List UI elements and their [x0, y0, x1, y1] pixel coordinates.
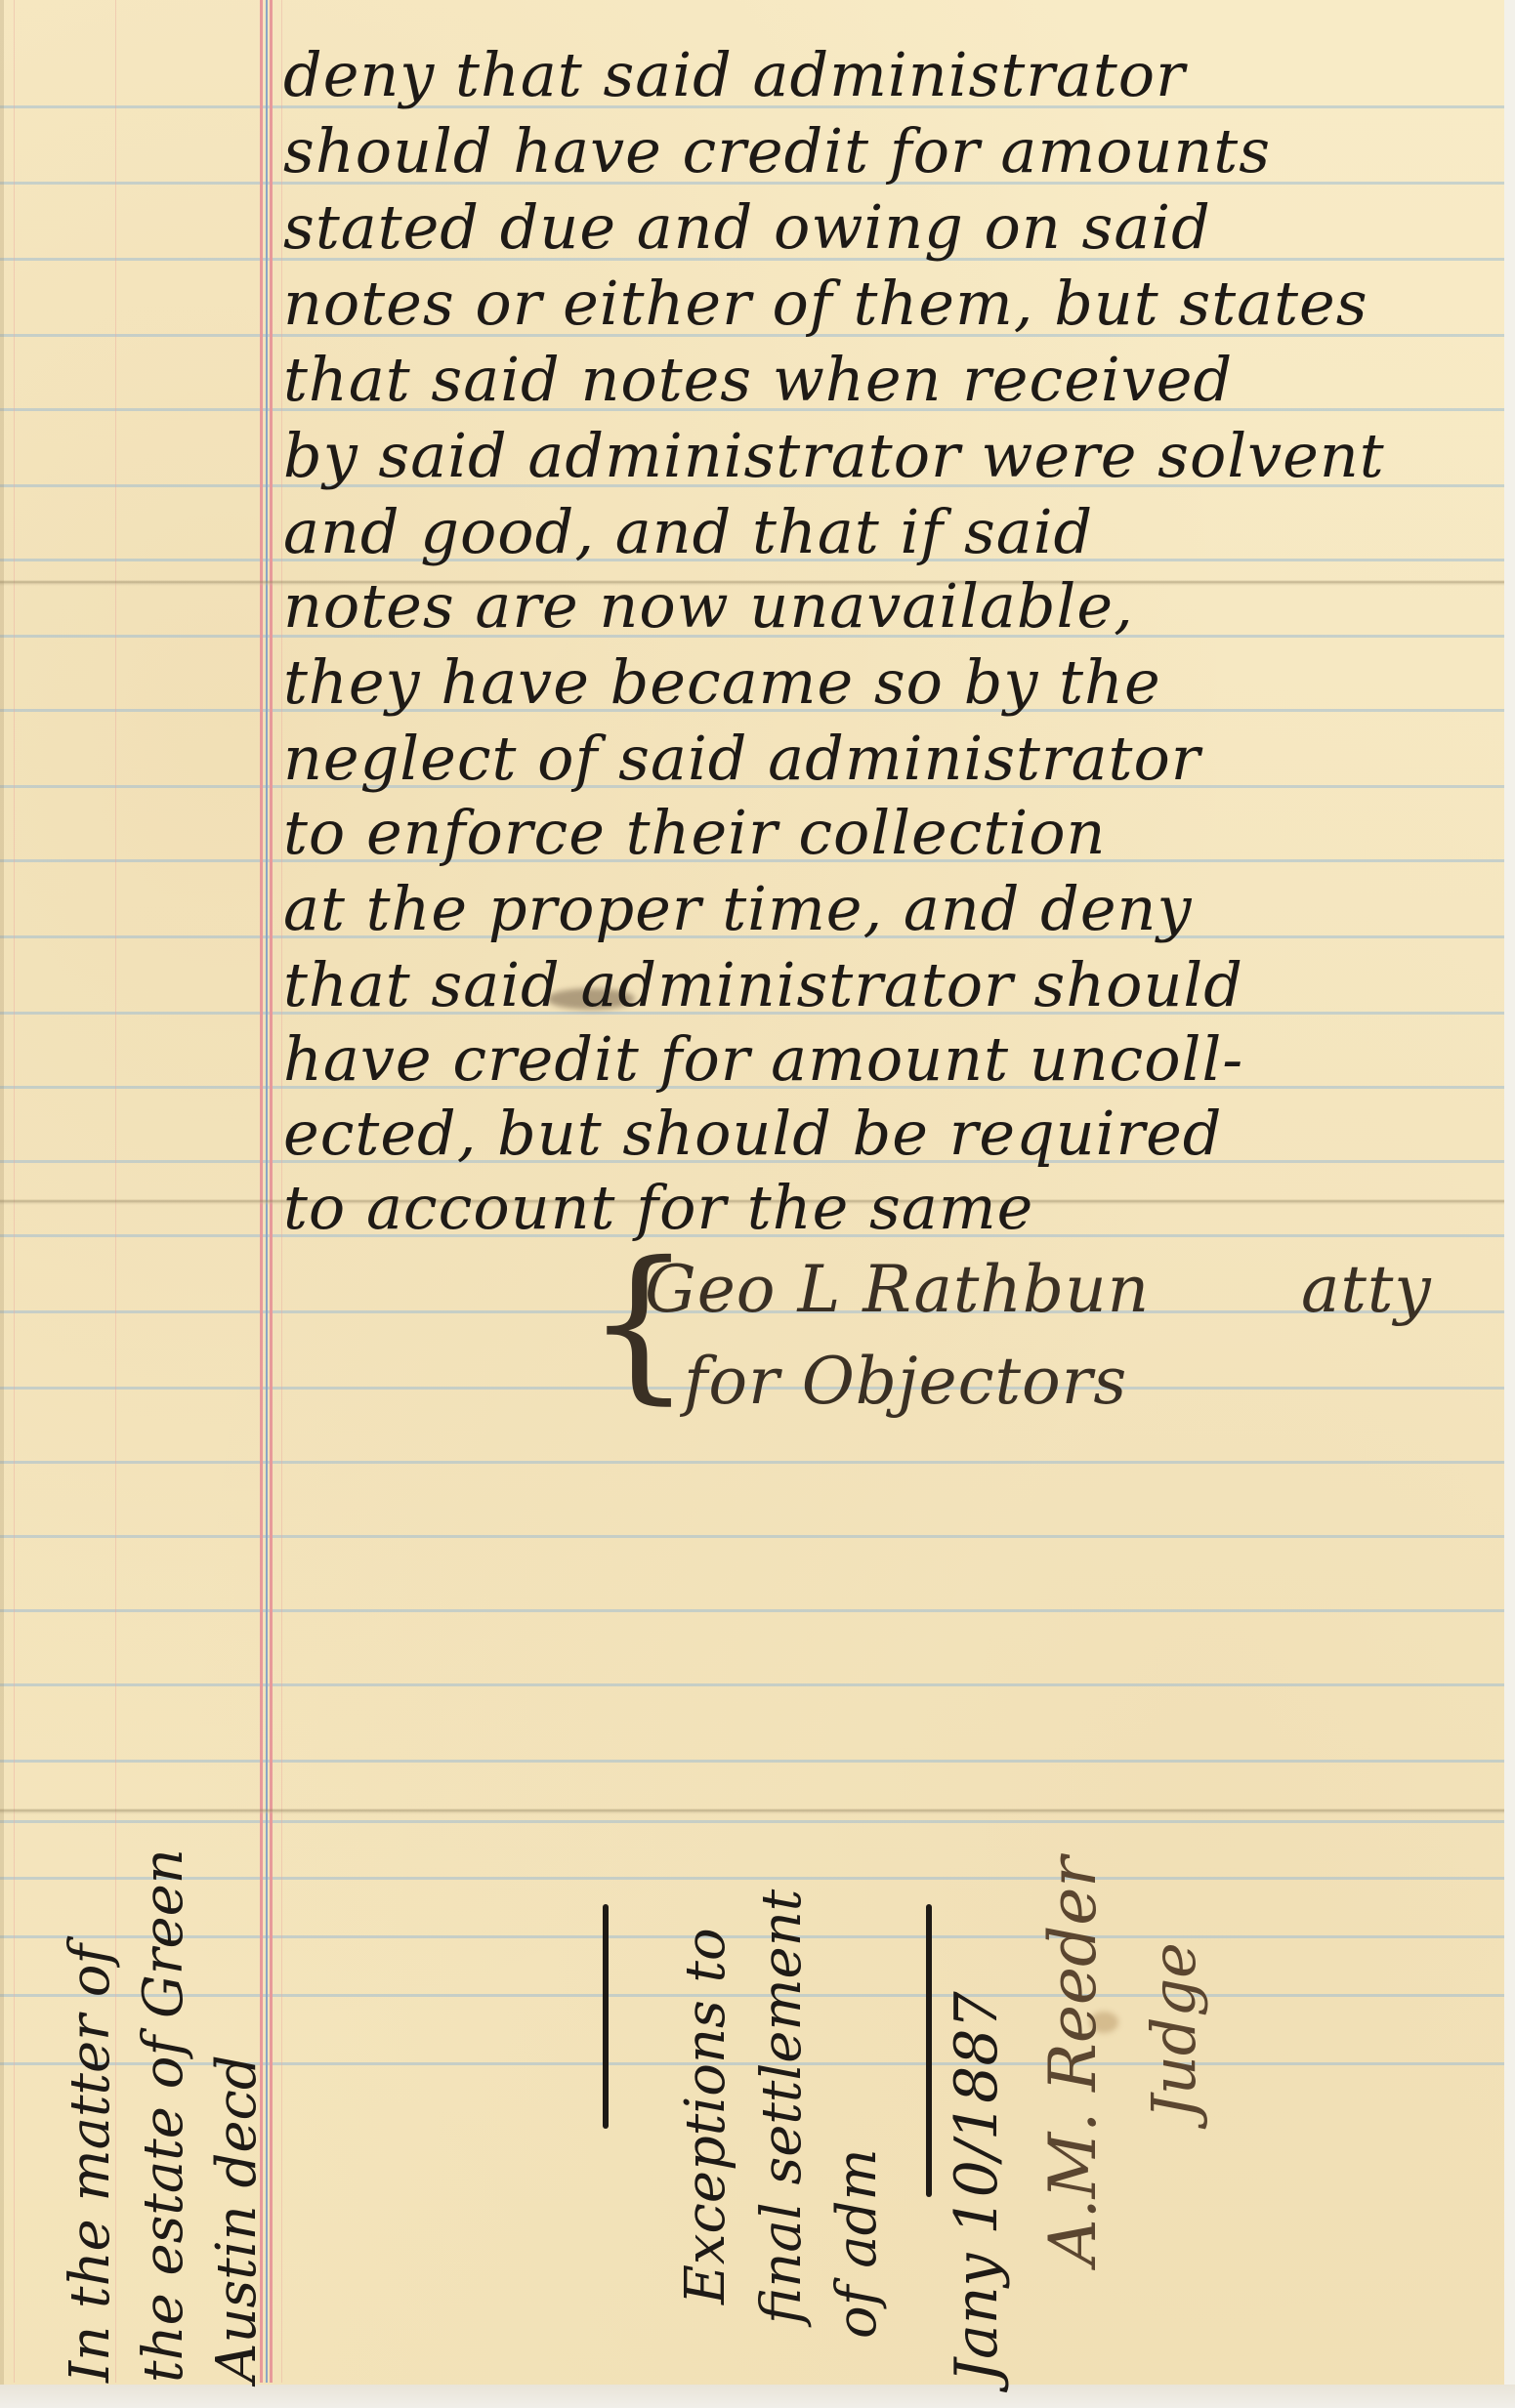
body-line: by said administrator were solvent — [283, 420, 1385, 491]
docket-brace — [926, 1904, 932, 2197]
ruled-line — [0, 1820, 1504, 1823]
attorney-signature: Geo L Rathbun — [645, 1252, 1150, 1327]
margin-blue-line — [266, 0, 268, 2383]
attorney-title: atty — [1301, 1252, 1432, 1327]
body-line: notes or either of them, but states — [283, 268, 1368, 339]
case-caption-line: the estate of Green — [132, 1848, 195, 2383]
judge-title: Judge — [1138, 1942, 1209, 2119]
margin-faint-line — [281, 0, 282, 2383]
paper-left-edge — [0, 0, 4, 2408]
body-line: deny that said administrator — [283, 39, 1186, 110]
ruled-line — [0, 1683, 1504, 1686]
ruled-line — [0, 1609, 1504, 1612]
filed-date: Jany 10/1887 — [943, 1991, 1011, 2383]
fold-crease — [0, 1808, 1504, 1814]
left-margin-faint-line — [14, 0, 15, 2383]
judge-signature: A.M. Reeder — [1035, 1856, 1111, 2265]
body-line: have credit for amount uncoll- — [283, 1023, 1243, 1095]
body-line: notes are now unavailable, — [283, 570, 1134, 642]
document-title-line: of adm — [825, 2148, 889, 2339]
signature-role: for Objectors — [684, 1344, 1127, 1419]
ruled-line — [0, 1461, 1504, 1464]
docket-brace — [603, 1904, 609, 2129]
paper-right-edge — [1504, 0, 1515, 2408]
paper-bottom-edge — [0, 2385, 1515, 2408]
case-caption-line: Austin decd — [205, 2055, 269, 2383]
body-line: at the proper time, and deny — [283, 873, 1192, 944]
body-line: stated due and owing on said — [283, 191, 1211, 263]
body-line: and good, and that if said — [283, 496, 1093, 567]
ruled-line — [0, 1760, 1504, 1763]
margin-red-line — [260, 0, 263, 2383]
body-line: should have credit for amounts — [283, 115, 1271, 187]
body-line: they have became so by the — [283, 646, 1161, 718]
ruled-line — [0, 1877, 1504, 1880]
body-line: to enforce their collection — [283, 797, 1106, 868]
document-page: deny that said administrator should have… — [0, 0, 1515, 2408]
document-title-line: final settlement — [750, 1889, 814, 2324]
margin-red-line — [270, 0, 273, 2383]
body-line: ected, but should be required — [283, 1098, 1222, 1169]
body-line: that said notes when received — [283, 344, 1233, 415]
document-title-line: Exceptions to — [674, 1928, 737, 2304]
body-line: neglect of said administrator — [283, 723, 1200, 794]
case-caption-line: In the matter of — [59, 1944, 122, 2383]
ruled-line — [0, 1535, 1504, 1538]
body-line: that said administrator should — [283, 949, 1243, 1020]
